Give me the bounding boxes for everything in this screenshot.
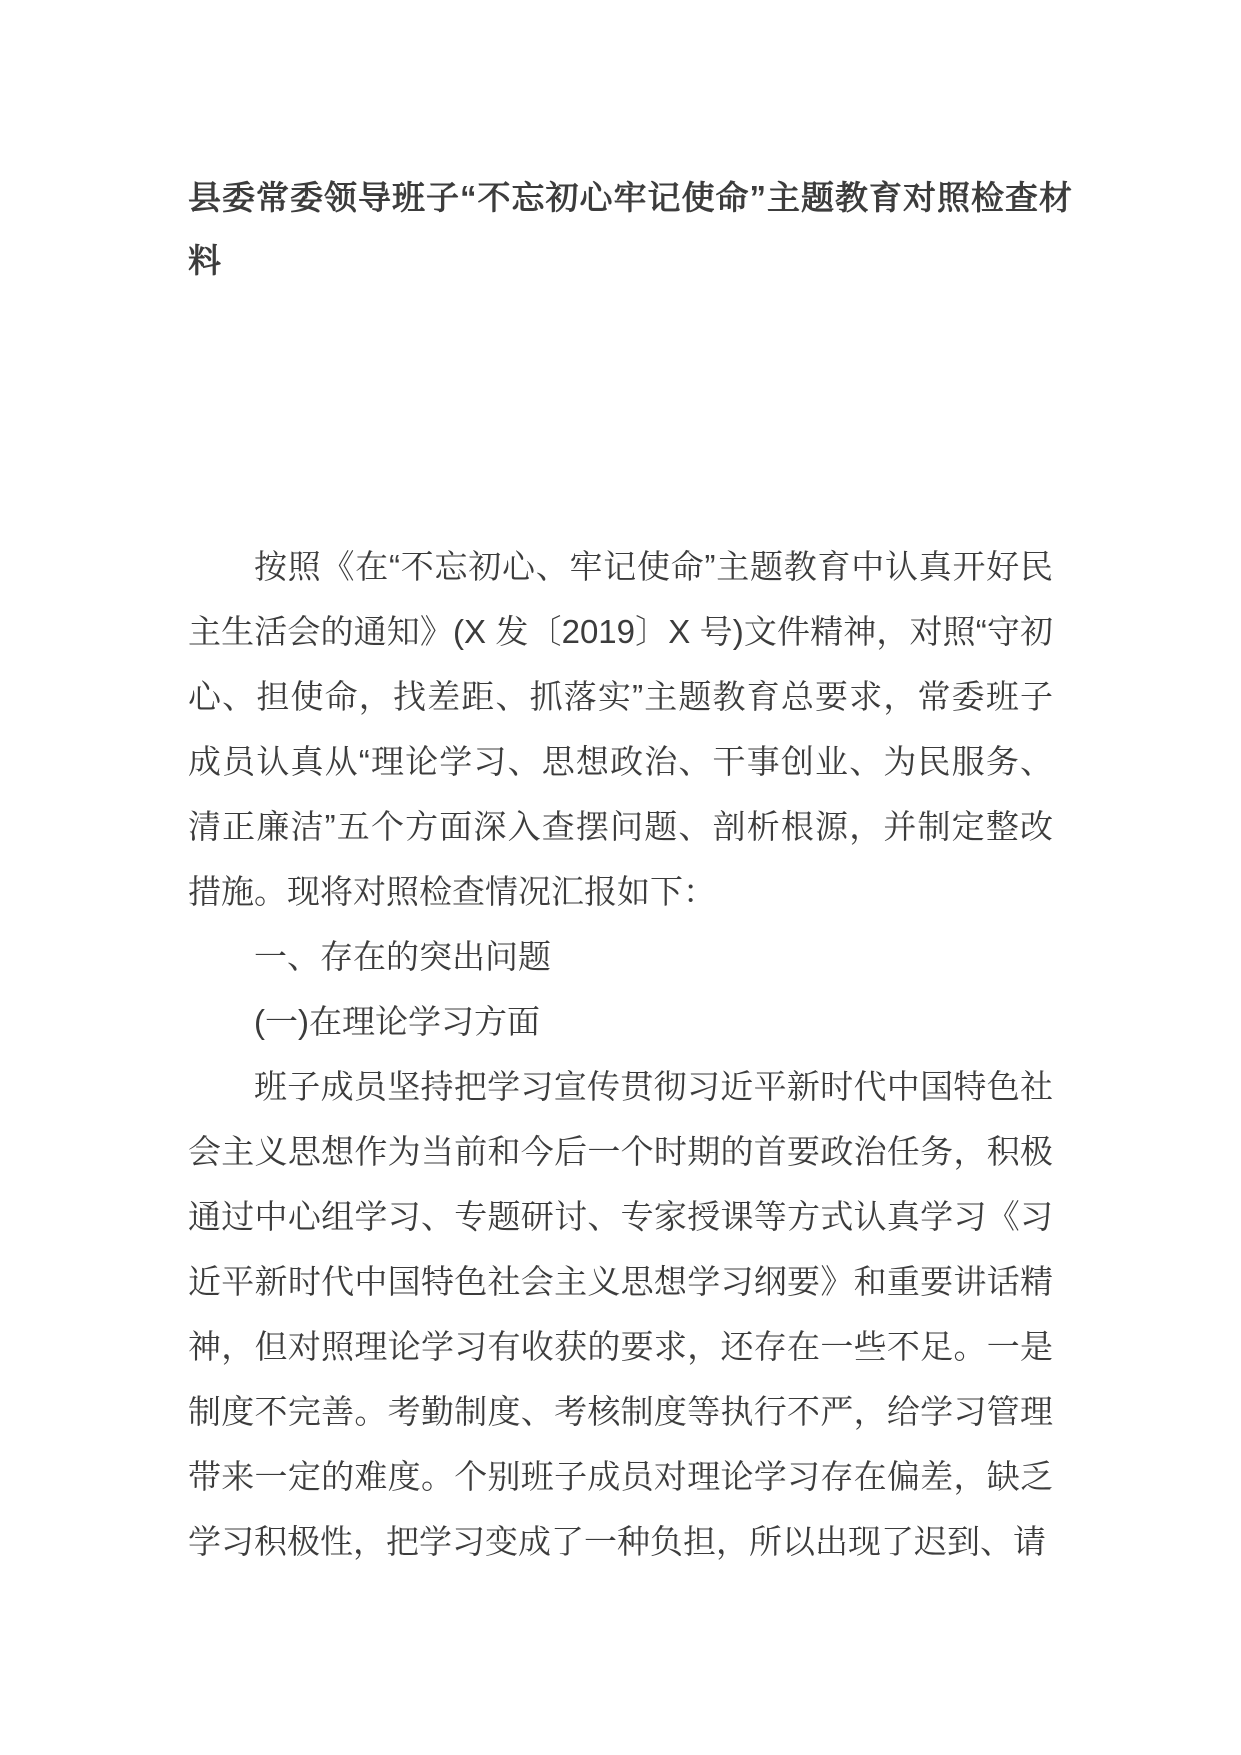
document-title: 县委常委领导班子“不忘初心牢记使命”主题教育对照检查材 料 — [188, 166, 1053, 292]
document-title-line-1: 县委常委领导班子“不忘初心牢记使命”主题教育对照检查材 — [188, 166, 1053, 229]
subsection-heading-theory-study: (一)在理论学习方面 — [188, 989, 1053, 1054]
document-title-line-2: 料 — [188, 229, 1053, 292]
section-heading-problems: 一、存在的突出问题 — [188, 924, 1053, 989]
body-paragraph-theory-study: 班子成员坚持把学习宣传贯彻习近平新时代中国特色社会主义思想作为当前和今后一个时期… — [188, 1054, 1053, 1574]
document-body: 按照《在“不忘初心、牢记使命”主题教育中认真开好民主生活会的通知》(X 发〔20… — [188, 534, 1053, 1574]
intro-paragraph: 按照《在“不忘初心、牢记使命”主题教育中认真开好民主生活会的通知》(X 发〔20… — [188, 534, 1053, 924]
document-page: 县委常委领导班子“不忘初心牢记使命”主题教育对照检查材 料 按照《在“不忘初心、… — [0, 0, 1241, 1755]
